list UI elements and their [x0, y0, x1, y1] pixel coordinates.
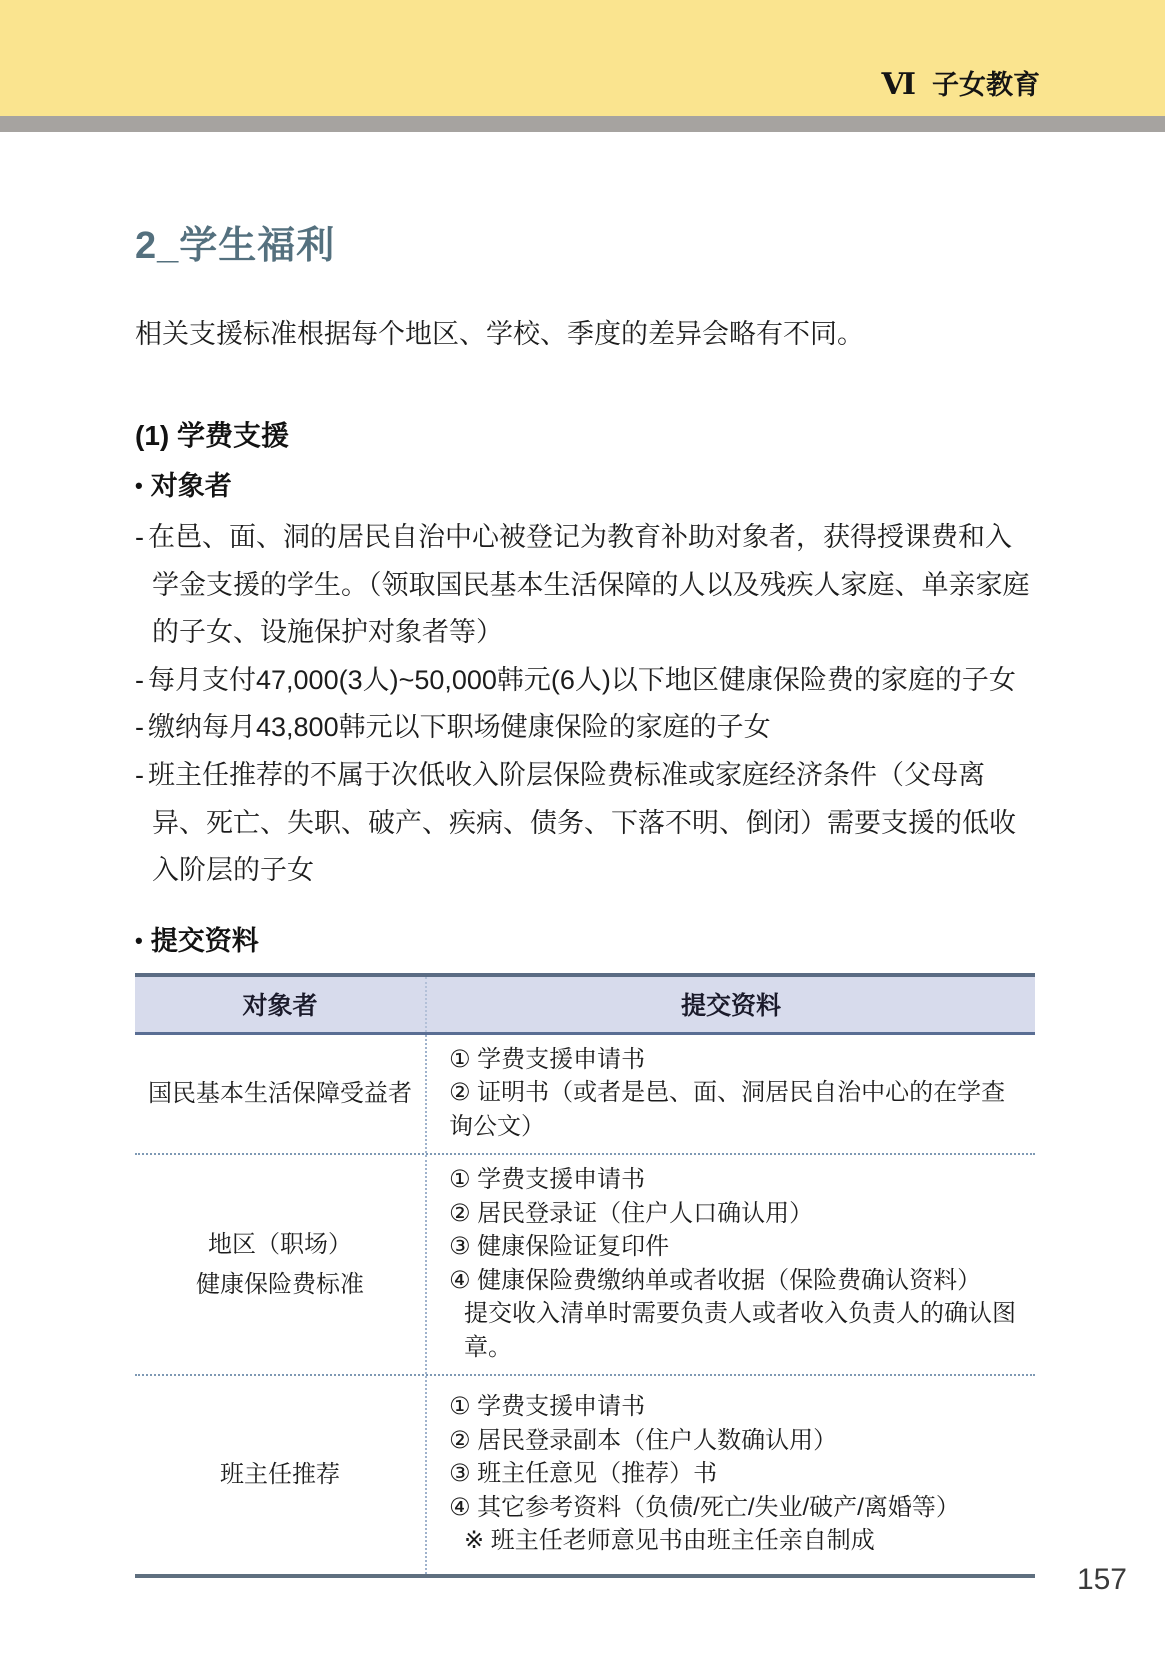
doc-note-line: ※ 班主任老师意见书由班主任亲自制成 — [449, 1524, 1027, 1558]
doc-note-line: 提交收入清单时需要负责人或者收入负责人的确认图章。 — [449, 1297, 1027, 1364]
doc-line: ② 居民登录证（住户人口确认用） — [449, 1197, 1027, 1231]
page-title: 2_学生福利 — [135, 222, 1035, 270]
doc-line: ② 证明书（或者是邑、面、洞居民自治中心的在学查询公文） — [449, 1076, 1027, 1143]
list-item: -缴纳每月43,800韩元以下职场健康保险的家庭的子女 — [135, 704, 1035, 752]
documents-table: 对象者 提交资料 国民基本生活保障受益者 ① 学费支援申请书 ② 证明书（或者是… — [135, 973, 1035, 1579]
column-header-documents: 提交资料 — [425, 977, 1035, 1032]
target-line: 健康保险费标准 — [196, 1265, 364, 1305]
target-line: 国民基本生活保障受益者 — [148, 1074, 412, 1114]
target-line: 班主任推荐 — [220, 1455, 340, 1495]
chapter-band: Ⅵ 子女教育 — [0, 0, 1165, 116]
list-item: -在邑、面、洞的居民自治中心被登记为教育补助对象者，获得授课费和入学金支援的学生… — [135, 514, 1035, 657]
list-item: -每月支付47,000(3人)~50,000韩元(6人)以下地区健康保险费的家庭… — [135, 657, 1035, 705]
list-item-text: 班主任推荐的不属于次低收入阶层保险费标准或家庭经济条件（父母离异、死亡、失职、破… — [148, 760, 1016, 885]
chapter-number: Ⅵ — [882, 67, 917, 102]
target-cell: 国民基本生活保障受益者 — [135, 1035, 425, 1154]
bullet-icon: • — [135, 928, 143, 953]
list-item-text: 在邑、面、洞的居民自治中心被登记为教育补助对象者，获得授课费和入学金支援的学生。… — [148, 522, 1030, 647]
targets-heading: •对象者 — [135, 466, 1035, 506]
targets-heading-label: 对象者 — [151, 471, 232, 501]
dash-icon: - — [135, 522, 144, 552]
doc-line: ③ 班主任意见（推荐）书 — [449, 1457, 1027, 1491]
doc-line: ③ 健康保险证复印件 — [449, 1230, 1027, 1264]
documents-heading: •提交资料 — [135, 921, 1035, 961]
target-cell: 班主任推荐 — [135, 1376, 425, 1574]
doc-line: ① 学费支援申请书 — [449, 1163, 1027, 1197]
documents-cell: ① 学费支援申请书 ② 居民登录证（住户人口确认用） ③ 健康保险证复印件 ④ … — [425, 1155, 1035, 1374]
documents-heading-label: 提交资料 — [151, 926, 259, 956]
page-number: 157 — [1077, 1563, 1127, 1597]
dash-icon: - — [135, 712, 144, 742]
doc-line: ① 学费支援申请书 — [449, 1390, 1027, 1424]
documents-cell: ① 学费支援申请书 ② 证明书（或者是邑、面、洞居民自治中心的在学查询公文） — [425, 1035, 1035, 1154]
doc-line: ④ 其它参考资料（负债/死亡/失业/破产/离婚等） — [449, 1491, 1027, 1525]
doc-line: ② 居民登录副本（住户人数确认用） — [449, 1424, 1027, 1458]
doc-line: ④ 健康保险费缴纳单或者收据（保险费确认资料） — [449, 1264, 1027, 1298]
target-line: 地区（职场） — [208, 1225, 352, 1265]
table-header-row: 对象者 提交资料 — [135, 977, 1035, 1035]
table-row: 地区（职场） 健康保险费标准 ① 学费支援申请书 ② 居民登录证（住户人口确认用… — [135, 1153, 1035, 1374]
dash-icon: - — [135, 665, 144, 695]
chapter-title: 子女教育 — [932, 63, 1040, 102]
column-header-target: 对象者 — [135, 986, 425, 1022]
documents-cell: ① 学费支援申请书 ② 居民登录副本（住户人数确认用） ③ 班主任意见（推荐）书… — [425, 1376, 1035, 1574]
target-cell: 地区（职场） 健康保险费标准 — [135, 1155, 425, 1374]
bullet-icon: • — [135, 473, 143, 498]
list-item: -班主任推荐的不属于次低收入阶层保险费标准或家庭经济条件（父母离异、死亡、失职、… — [135, 752, 1035, 895]
chapter-heading: Ⅵ 子女教育 — [882, 63, 1041, 102]
targets-list: -在邑、面、洞的居民自治中心被登记为教育补助对象者，获得授课费和入学金支援的学生… — [135, 514, 1035, 895]
dash-icon: - — [135, 760, 144, 790]
table-row: 班主任推荐 ① 学费支援申请书 ② 居民登录副本（住户人数确认用） ③ 班主任意… — [135, 1374, 1035, 1574]
doc-line: ① 学费支援申请书 — [449, 1043, 1027, 1077]
section-heading: (1) 学费支援 — [135, 416, 1035, 456]
intro-paragraph: 相关支援标准根据每个地区、学校、季度的差异会略有不同。 — [135, 314, 1035, 354]
divider-bar — [0, 116, 1165, 132]
list-item-text: 每月支付47,000(3人)~50,000韩元(6人)以下地区健康保险费的家庭的… — [148, 665, 1016, 695]
list-item-text: 缴纳每月43,800韩元以下职场健康保险的家庭的子女 — [148, 712, 771, 742]
table-row: 国民基本生活保障受益者 ① 学费支援申请书 ② 证明书（或者是邑、面、洞居民自治… — [135, 1035, 1035, 1154]
page-content: 2_学生福利 相关支援标准根据每个地区、学校、季度的差异会略有不同。 (1) 学… — [0, 222, 1165, 1578]
